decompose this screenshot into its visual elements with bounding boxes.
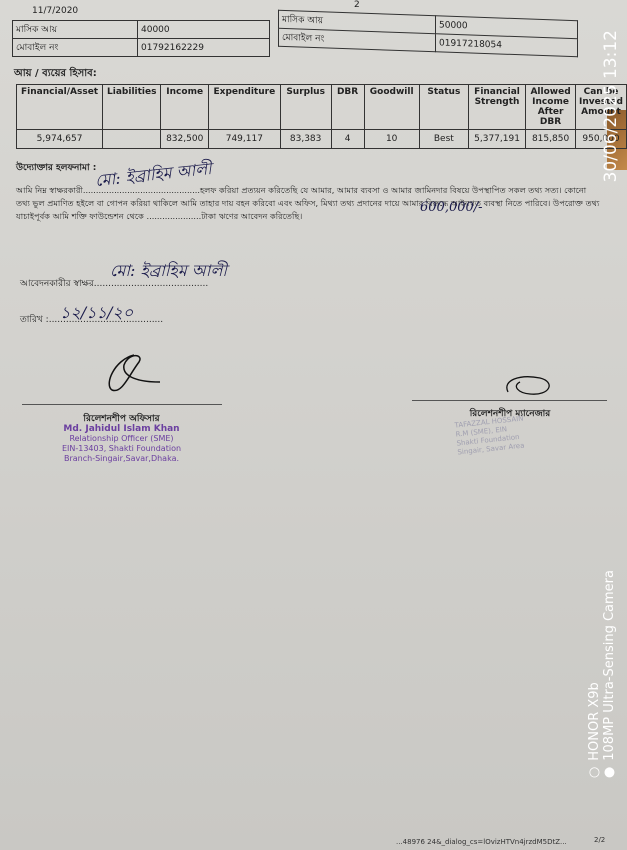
print-page: 2/2 xyxy=(594,836,605,844)
column-header: DBR xyxy=(331,85,364,130)
mobile-label: মোবাইল নং xyxy=(13,39,138,57)
table-cell: 815,850 xyxy=(526,130,576,149)
table-cell: 5,974,657 xyxy=(17,130,103,149)
print-date: 11/7/2020 xyxy=(32,6,78,16)
signature-line-left xyxy=(22,404,222,405)
column-header: Financial/Asset xyxy=(17,85,103,130)
monthly-income-value: 40000 xyxy=(138,21,270,39)
financial-table: Financial/AssetLiabilitiesIncomeExpendit… xyxy=(16,84,627,149)
applicant-signature: মো: ইব্রাহিম আলী xyxy=(110,258,227,285)
table-cell: 5,377,191 xyxy=(468,130,525,149)
column-header: Liabilities xyxy=(103,85,161,130)
table-cell: 749,117 xyxy=(208,130,280,149)
officer-signature-left xyxy=(94,350,164,395)
photo-timestamp-watermark: 30/06/2025 13:12 xyxy=(601,30,621,182)
affidavit-text: আমি নিম্ন স্বাক্ষরকারী..................… xyxy=(16,184,600,223)
column-header: Expenditure xyxy=(208,85,280,130)
manager-stamp: TAFAZZAL HOSSAIN R.M (SME), EIN Shakti F… xyxy=(454,414,526,457)
column-header: Financial Strength xyxy=(468,85,525,130)
mobile-value: 01917218054 xyxy=(436,34,578,57)
mobile-value: 01792162229 xyxy=(138,39,270,57)
camera-logo-icon: ○ xyxy=(587,761,602,780)
column-header: Goodwill xyxy=(364,85,419,130)
officer-name: Md. Jahidul Islam Khan xyxy=(24,424,219,434)
table-cell: Best xyxy=(419,130,468,149)
guarantor-info-table: মাসিক আয়50000 মোবাইল নং01917218054 xyxy=(278,10,578,57)
table-cell: 832,500 xyxy=(161,130,209,149)
loan-amount-handwriting: 600,000/- xyxy=(420,200,483,215)
column-header: Surplus xyxy=(280,85,331,130)
monthly-income-label: মাসিক আয় xyxy=(13,21,138,39)
column-header: Allowed Income After DBR xyxy=(526,85,576,130)
applicant-info-table: মাসিক আয়40000 মোবাইল নং01792162229 xyxy=(12,20,270,57)
affidavit-title: উদ্যোক্তার হলফনামা : xyxy=(16,160,96,175)
table-cell xyxy=(103,130,161,149)
column-header: Status xyxy=(419,85,468,130)
officer-title: রিলেশনশীপ অফিসার xyxy=(24,414,219,424)
camera-watermark: ○ HONOR X9b ● 108MP Ultra-Sensing Camera xyxy=(587,570,617,780)
column-header: Income xyxy=(161,85,209,130)
officer-branch: Branch-Singair,Savar,Dhaka. xyxy=(24,454,219,464)
officer-left-block: রিলেশনশীপ অফিসার Md. Jahidul Islam Khan … xyxy=(24,414,219,464)
officer-ein: EIN-13403, Shakti Foundation xyxy=(24,444,219,454)
table-cell: 4 xyxy=(331,130,364,149)
table-cell: 10 xyxy=(364,130,419,149)
signature-line-right xyxy=(412,400,607,401)
page-number: 2 xyxy=(354,0,360,10)
print-url: ...48976 24&_dialog_cs=lOvizHTVn4jrzdM5D… xyxy=(396,838,567,846)
table-cell: 83,383 xyxy=(280,130,331,149)
officer-role: Relationship Officer (SME) xyxy=(24,434,219,444)
camera-logo-icon: ● xyxy=(602,761,617,780)
section-title: আয় / ব্যয়ের হিসাব: xyxy=(14,66,97,83)
date-handwriting: ১২/১১/২০ xyxy=(60,300,133,327)
manager-signature-right xyxy=(500,372,556,400)
